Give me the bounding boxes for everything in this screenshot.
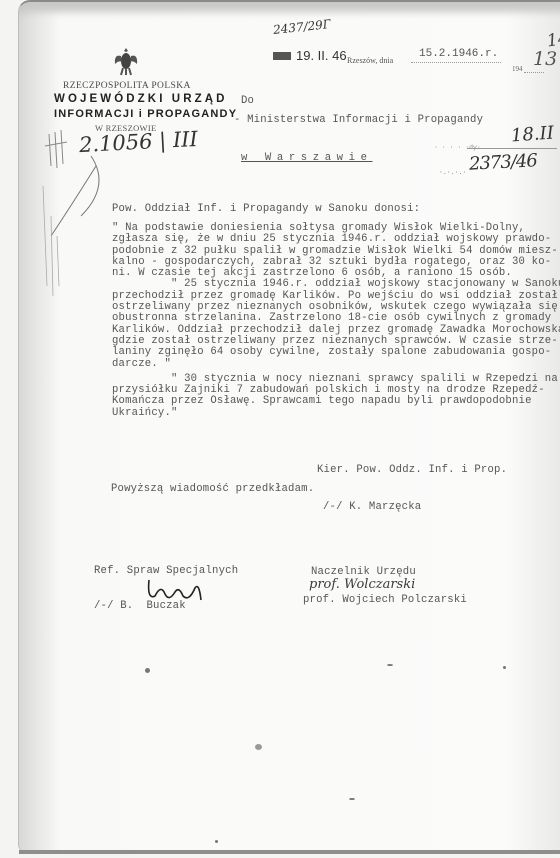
district-signature-title: Kier. Pow. Oddz. Inf. i Prop.: [317, 465, 507, 476]
district-signature-name: /-/ K. Marzęcka: [323, 502, 507, 513]
left-signatory-name: /-/ B. Buczak: [94, 601, 186, 612]
registry-stamp-label-2: ·.·.·.·: [439, 169, 466, 176]
report-body-line: darcze. ": [112, 359, 560, 370]
report-body-line: laniny zginęło 64 osoby cywilne, zostały…: [112, 347, 560, 358]
addressee-city: w Warszawie: [241, 153, 373, 164]
registry-date: 18.II: [510, 123, 554, 147]
received-stamp-date: 19. II. 46: [296, 48, 347, 63]
addressee-label: Do: [241, 96, 254, 107]
district-signature: Kier. Pow. Oddz. Inf. i Prop. /-/ K. Mar…: [317, 442, 507, 536]
year-dotted-line: [524, 72, 544, 73]
paper-speck: [349, 798, 355, 800]
paper-speck: [387, 664, 393, 666]
addressee-ministry: - Ministerstwa Informacji i Propagandy: [234, 115, 483, 126]
registry-line: [467, 148, 557, 149]
date-dotted-line: [411, 62, 501, 63]
polish-eagle-emblem-icon: [113, 46, 139, 76]
handwritten-top-number: 2437/29Г: [272, 17, 331, 37]
report-body-line: zgłasza się, że w dniu 25 stycznia 1946.…: [112, 234, 560, 245]
letterhead-country: RZECZPOSPOLITA POLSKA: [63, 81, 191, 91]
document-page: RZECZPOSPOLITA POLSKA WOJEWÓDZKI URZĄD I…: [18, 0, 560, 854]
paper-speck: [255, 744, 262, 750]
handwritten-reference-number: 2.1056 | III: [78, 127, 198, 157]
right-signatory-name: prof. Wojciech Polczarski: [303, 595, 467, 606]
report-body-line: Ukraińcy.": [112, 408, 560, 419]
received-stamp-mark: [273, 52, 291, 60]
letterhead-department: INFORMACJI i PROPAGANDY: [54, 108, 237, 120]
report-body-line: Komańcza przez Osławę. Sprawcami tego na…: [112, 396, 560, 407]
report-body-line: obustronna strzelanina. Zastrzelono 18-c…: [112, 313, 560, 324]
paper-speck: [503, 666, 506, 669]
report-intro: Pow. Oddział Inf. i Propagandy w Sanoku …: [112, 204, 420, 215]
year-prefix: 194: [512, 65, 523, 73]
handwritten-signature-chief: prof. Wolczarski: [309, 577, 415, 592]
report-body: " Na podstawie doniesienia sołtysa groma…: [112, 223, 560, 419]
document-date: 15.2.1946.r.: [419, 48, 498, 60]
forwarding-note: Powyższą wiadomość przedkładam.: [111, 484, 314, 495]
paper-speck: [145, 668, 150, 673]
registry-number: 2373/46: [468, 150, 537, 175]
place-label: Rzeszów, dnia: [347, 56, 393, 65]
letterhead-office: WOJEWÓDZKI URZĄD: [54, 93, 228, 105]
paper-speck: [215, 840, 218, 843]
page-number-13: 13: [533, 48, 557, 70]
